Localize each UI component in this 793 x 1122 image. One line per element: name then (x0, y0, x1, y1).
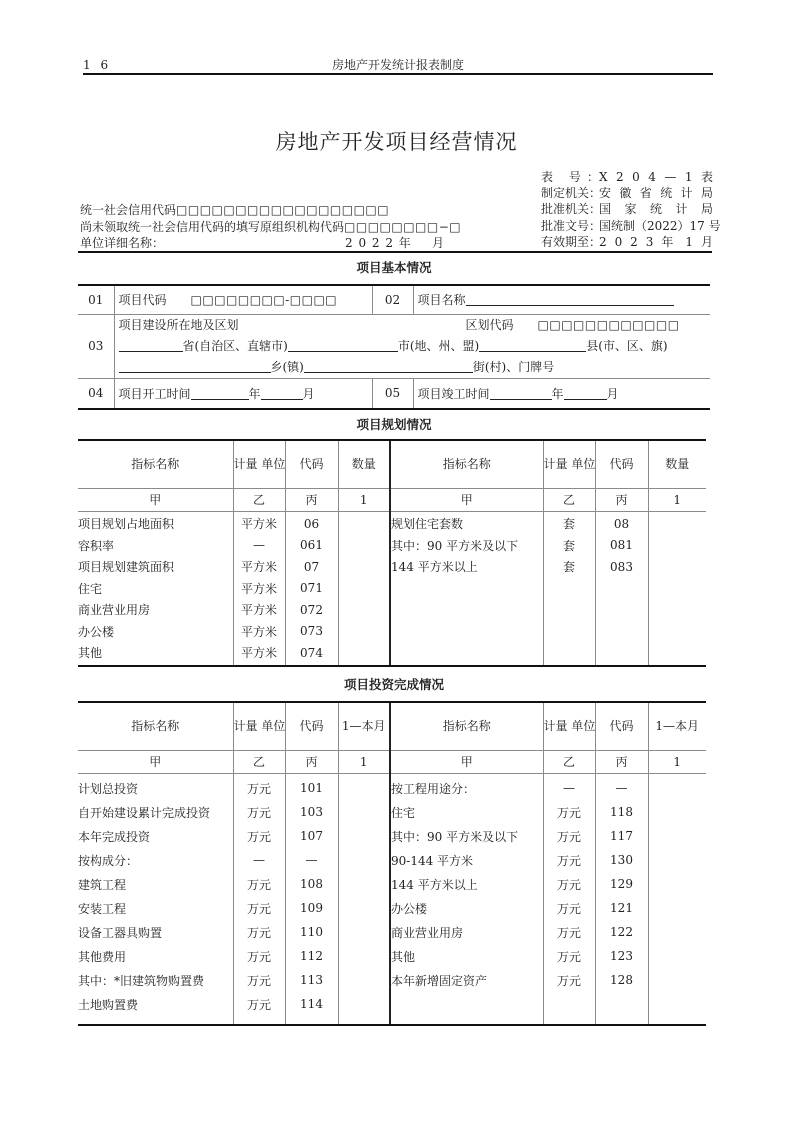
header-code: 代码 (595, 440, 648, 488)
unit-cell: 万元 (233, 800, 285, 824)
indicator-name: 其他费用 (78, 944, 233, 968)
meta-value: 国 家 统 计 局 (599, 201, 713, 217)
value-cell (338, 968, 390, 992)
quantity-cell (338, 578, 390, 600)
meta-label: 批准文号： (541, 218, 599, 234)
empty-cell (648, 621, 706, 643)
code-cell: 117 (595, 824, 648, 848)
table-row: 土地购置费 万元 114 (78, 992, 706, 1016)
empty-cell (648, 992, 706, 1016)
quantity-cell (648, 513, 706, 535)
indicator-name: 设备工器具购置 (78, 920, 233, 944)
indicator-name: 按构成分： (78, 848, 233, 872)
value-cell (648, 800, 706, 824)
region-code-boxes: □□□□□□□□□□□□ (538, 318, 680, 332)
unit-cell: 平方米 (233, 642, 285, 664)
table-row: 其他 平方米 074 (78, 642, 706, 664)
code-cell: 074 (285, 642, 338, 664)
table-row: 其他费用 万元 112 其他 万元 123 (78, 944, 706, 968)
unit-cell: 万元 (543, 800, 595, 824)
credit-code-row: 统一社会信用代码□□□□□□□□□□□□□□□□□□ (80, 202, 530, 219)
value-cell (648, 968, 706, 992)
meta-value: 国统制（2022）17 号 (599, 218, 721, 234)
province-blank (119, 339, 183, 352)
header-unit: 计量 单位 (543, 702, 595, 750)
basic-row-01: 01 项目代码□□□□□□□□-□□□□ 02 项目名称 (78, 285, 710, 314)
meta-approval-number: 批准文号： 国统制（2022）17 号 (541, 218, 713, 234)
document-page: 1 6 房地产开发统计报表制度 房地产开发项目经营情况 表 号： X 2 0 4… (0, 0, 793, 1122)
form-title: 房地产开发项目经营情况 (0, 129, 793, 155)
table-row: 按构成分： — — 90-144 平方米 万元 130 (78, 848, 706, 872)
year-unit: 年 (249, 387, 261, 401)
code-cell: 114 (285, 992, 338, 1016)
column-code: 甲 (78, 750, 233, 773)
column-code: 乙 (543, 488, 595, 511)
header-code: 代码 (595, 702, 648, 750)
org-code-row: 尚未领取统一社会信用代码的填写原组织机构代码□□□□□□□□−□ (80, 219, 530, 236)
code-cell: 08 (595, 513, 648, 535)
project-code-boxes: □□□□□□□□-□□□□ (191, 293, 338, 307)
empty-cell (543, 642, 595, 664)
table-row: 项目规划占地面积 平方米 06 规划住宅套数 套 08 (78, 513, 706, 535)
code-cell: 109 (285, 896, 338, 920)
county-blank (479, 339, 586, 352)
code-cell: 128 (595, 968, 648, 992)
unit-cell: 万元 (233, 920, 285, 944)
indicator-name: 其他 (78, 642, 233, 664)
header-unit: 计量 单位 (233, 440, 285, 488)
meta-label: 表 号： (541, 169, 599, 185)
indicator-name: 商业营业用房 (78, 599, 233, 621)
code-cell: 103 (285, 800, 338, 824)
province-suffix: 省(自治区、直辖市) (183, 339, 288, 353)
column-code: 1 (338, 750, 390, 773)
table-row: 其中：*旧建筑物购置费 万元 113 本年新增固定资产 万元 128 (78, 968, 706, 992)
value-cell (338, 824, 390, 848)
code-cell: 121 (595, 896, 648, 920)
header-code: 代码 (285, 440, 338, 488)
project-code-cell: 项目代码□□□□□□□□-□□□□ (114, 285, 372, 314)
table-header-row: 指标名称 计量 单位 代码 1—本月 指标名称 计量 单位 代码 1—本月 (78, 702, 706, 750)
indicator-name: 自开始建设累计完成投资 (78, 800, 233, 824)
indicator-name: 住宅 (78, 578, 233, 600)
quantity-cell (648, 535, 706, 557)
section-title-basic-info: 项目基本情况 (78, 260, 710, 276)
code-cell: 110 (285, 920, 338, 944)
unit-cell: 平方米 (233, 513, 285, 535)
code-cell: 129 (595, 872, 648, 896)
unit-cell: 万元 (233, 944, 285, 968)
code-cell: 108 (285, 872, 338, 896)
location-label: 项目建设所在地及区划 (119, 318, 239, 332)
completion-month-blank (564, 387, 607, 400)
table-row: 项目规划建筑面积 平方米 07 144 平方米以上 套 083 (78, 556, 706, 578)
empty-cell (390, 621, 543, 643)
street-suffix: 街(村)、门牌号 (473, 360, 554, 374)
code-cell: 06 (285, 513, 338, 535)
unit-cell: — (543, 776, 595, 800)
indicator-name: 商业营业用房 (390, 920, 543, 944)
code-cell: 113 (285, 968, 338, 992)
project-name-blank (466, 293, 674, 306)
completion-time-label: 项目竣工时间 (418, 387, 490, 401)
empty-cell (543, 578, 595, 600)
planning-table: 指标名称 计量 单位 代码 数量 指标名称 计量 单位 代码 数量 甲 乙 丙 … (78, 439, 706, 667)
start-year-blank (191, 387, 249, 400)
empty-cell (648, 642, 706, 664)
code-cell: 122 (595, 920, 648, 944)
meta-issuing-authority: 制定机关： 安 徽 省 统 计 局 (541, 185, 713, 201)
unit-cell: 万元 (233, 872, 285, 896)
header-indicator-name: 指标名称 (78, 440, 233, 488)
quantity-cell (338, 535, 390, 557)
spacer-row (78, 1016, 706, 1025)
code-cell: 101 (285, 776, 338, 800)
unit-cell: 套 (543, 556, 595, 578)
indicator-name: 办公楼 (78, 621, 233, 643)
unit-cell: 万元 (543, 824, 595, 848)
basic-row-03: 03 项目建设所在地及区划 区划代码□□□□□□□□□□□□ 省(自治区、直辖市… (78, 314, 710, 378)
code-cell: — (285, 848, 338, 872)
indicator-name: 安装工程 (78, 896, 233, 920)
meta-value: X 2 0 4 — 1 表 (599, 169, 713, 185)
unit-info: 统一社会信用代码□□□□□□□□□□□□□□□□□□ 尚未领取统一社会信用代码的… (80, 202, 530, 252)
indicator-name: 其中：90 平方米及以下 (390, 824, 543, 848)
empty-cell (595, 992, 648, 1016)
indicator-name: 住宅 (390, 800, 543, 824)
code-cell: 112 (285, 944, 338, 968)
table-header-row: 指标名称 计量 单位 代码 数量 指标名称 计量 单位 代码 数量 (78, 440, 706, 488)
report-year: 2 0 2 2 年 (345, 235, 412, 251)
quantity-cell (338, 642, 390, 664)
indicator-name: 本年完成投资 (78, 824, 233, 848)
start-month-blank (261, 387, 303, 400)
indicator-name: 建筑工程 (78, 872, 233, 896)
meta-label: 批准机关： (541, 201, 599, 217)
indicator-name: 容积率 (78, 535, 233, 557)
column-code-row: 甲 乙 丙 1 甲 乙 丙 1 (78, 488, 706, 511)
indicator-name: 办公楼 (390, 896, 543, 920)
value-cell (338, 896, 390, 920)
code-cell: 061 (285, 535, 338, 557)
quantity-cell (338, 599, 390, 621)
location-line-2: 省(自治区、直辖市)市(地、州、盟)县(市、区、旗) (119, 336, 711, 357)
running-header: 1 6 房地产开发统计报表制度 (83, 57, 713, 73)
indicator-name: 144 平方米以上 (390, 872, 543, 896)
empty-cell (595, 599, 648, 621)
value-cell (648, 896, 706, 920)
empty-cell (648, 578, 706, 600)
unit-cell: 万元 (543, 848, 595, 872)
item-number: 03 (78, 314, 114, 378)
city-suffix: 市(地、州、盟) (398, 339, 479, 353)
column-code: 乙 (543, 750, 595, 773)
header-unit: 计量 单位 (233, 702, 285, 750)
start-time-label: 项目开工时间 (119, 387, 191, 401)
indicator-name: 土地购置费 (78, 992, 233, 1016)
value-cell (338, 776, 390, 800)
header-quantity: 数量 (338, 440, 390, 488)
unit-cell: 平方米 (233, 556, 285, 578)
location-line-3: 乡(镇)街(村)、门牌号 (119, 357, 711, 378)
basic-row-04: 04 项目开工时间年月 05 项目竣工时间年月 (78, 378, 710, 409)
credit-code-label: 统一社会信用代码 (80, 203, 176, 217)
location-line-1: 项目建设所在地及区划 区划代码□□□□□□□□□□□□ (119, 315, 711, 336)
indicator-name: 144 平方米以上 (390, 556, 543, 578)
month-unit: 月 (607, 387, 619, 401)
column-code: 1 (338, 488, 390, 511)
code-cell: 123 (595, 944, 648, 968)
column-code: 乙 (233, 488, 285, 511)
running-title: 房地产开发统计报表制度 (83, 57, 713, 73)
value-cell (648, 776, 706, 800)
project-code-label: 项目代码 (119, 293, 167, 307)
table-row: 安装工程 万元 109 办公楼 万元 121 (78, 896, 706, 920)
empty-cell (543, 992, 595, 1016)
value-cell (338, 944, 390, 968)
quantity-cell (648, 556, 706, 578)
indicator-name: 90-144 平方米 (390, 848, 543, 872)
unit-cell: 万元 (543, 896, 595, 920)
unit-cell: 万元 (233, 824, 285, 848)
item-number: 01 (78, 285, 114, 314)
city-blank (288, 339, 398, 352)
empty-cell (390, 599, 543, 621)
column-code: 甲 (390, 750, 543, 773)
code-cell: 118 (595, 800, 648, 824)
project-name-label: 项目名称 (418, 293, 466, 307)
meta-valid-until: 有效期至： 2 0 2 3 年 1 月 (541, 234, 713, 250)
unit-cell: 套 (543, 535, 595, 557)
report-month: 月 (432, 235, 444, 251)
indicator-name: 项目规划占地面积 (78, 513, 233, 535)
header-quantity: 数量 (648, 440, 706, 488)
value-cell (648, 824, 706, 848)
township-suffix: 乡(镇) (271, 360, 304, 374)
unit-cell: 万元 (543, 968, 595, 992)
value-cell (338, 800, 390, 824)
year-unit: 年 (552, 387, 564, 401)
header-ytd: 1—本月 (338, 702, 390, 750)
section-title-planning: 项目规划情况 (78, 417, 710, 433)
empty-cell (648, 599, 706, 621)
meta-value: 2 0 2 3 年 1 月 (599, 234, 713, 250)
county-suffix: 县(市、区、旗) (586, 339, 667, 353)
column-code: 1 (648, 488, 706, 511)
unit-cell: 平方米 (233, 599, 285, 621)
org-code-boxes: □□□□□□□□−□ (344, 220, 461, 234)
unit-cell: 万元 (233, 968, 285, 992)
street-blank (304, 360, 473, 373)
unit-name-row: 单位详细名称： 2 0 2 2 年 月 (80, 235, 530, 252)
code-cell: 083 (595, 556, 648, 578)
header-unit: 计量 单位 (543, 440, 595, 488)
value-cell (338, 848, 390, 872)
header-indicator-name: 指标名称 (78, 702, 233, 750)
code-cell: 072 (285, 599, 338, 621)
indicator-name: 其中：*旧建筑物购置费 (78, 968, 233, 992)
unit-name-label: 单位详细名称： (80, 236, 164, 250)
completion-time-cell: 项目竣工时间年月 (413, 378, 710, 409)
unit-cell: 平方米 (233, 621, 285, 643)
table-row: 自开始建设累计完成投资 万元 103 住宅 万元 118 (78, 800, 706, 824)
unit-cell: — (233, 848, 285, 872)
empty-cell (390, 642, 543, 664)
code-cell: 07 (285, 556, 338, 578)
unit-cell: 万元 (233, 992, 285, 1016)
empty-cell (595, 621, 648, 643)
unit-cell: 万元 (543, 920, 595, 944)
org-code-label: 尚未领取统一社会信用代码的填写原组织机构代码 (80, 220, 344, 234)
column-code: 甲 (78, 488, 233, 511)
value-cell (648, 920, 706, 944)
table-row: 设备工器具购置 万元 110 商业营业用房 万元 122 (78, 920, 706, 944)
form-meta: 表 号： X 2 0 4 — 1 表 制定机关： 安 徽 省 统 计 局 批准机… (541, 169, 713, 250)
completion-year-blank (490, 387, 552, 400)
code-cell: 130 (595, 848, 648, 872)
location-cell: 项目建设所在地及区划 区划代码□□□□□□□□□□□□ 省(自治区、直辖市)市(… (114, 314, 710, 378)
value-cell (338, 872, 390, 896)
unit-cell: 万元 (233, 776, 285, 800)
table-row: 商业营业用房 平方米 072 (78, 599, 706, 621)
start-time-cell: 项目开工时间年月 (114, 378, 372, 409)
column-code: 1 (648, 750, 706, 773)
credit-code-boxes: □□□□□□□□□□□□□□□□□□ (176, 203, 389, 217)
column-code: 丙 (285, 488, 338, 511)
header-rule (83, 73, 713, 75)
indicator-name: 其他 (390, 944, 543, 968)
indicator-name: 其中：90 平方米及以下 (390, 535, 543, 557)
meta-value: 安 徽 省 统 计 局 (599, 185, 713, 201)
column-code: 丙 (595, 488, 648, 511)
month-unit: 月 (303, 387, 315, 401)
unit-cell: 万元 (233, 896, 285, 920)
header-code: 代码 (285, 702, 338, 750)
spacer-row (78, 664, 706, 667)
indicator-name: 规划住宅套数 (390, 513, 543, 535)
header-ytd: 1—本月 (648, 702, 706, 750)
indicator-name: 本年新增固定资产 (390, 968, 543, 992)
table-row: 本年完成投资 万元 107 其中：90 平方米及以下 万元 117 (78, 824, 706, 848)
column-code: 丙 (285, 750, 338, 773)
value-cell (648, 872, 706, 896)
code-cell: 107 (285, 824, 338, 848)
region-code: 区划代码□□□□□□□□□□□□ (466, 315, 680, 336)
investment-table: 指标名称 计量 单位 代码 1—本月 指标名称 计量 单位 代码 1—本月 甲 … (78, 701, 706, 1026)
meta-approving-authority: 批准机关： 国 家 统 计 局 (541, 201, 713, 217)
table-row: 办公楼 平方米 073 (78, 621, 706, 643)
unit-cell: 套 (543, 513, 595, 535)
table-row: 容积率 — 061 其中：90 平方米及以下 套 081 (78, 535, 706, 557)
unit-cell: 平方米 (233, 578, 285, 600)
empty-cell (543, 621, 595, 643)
empty-cell (595, 578, 648, 600)
empty-cell (390, 992, 543, 1016)
unit-cell: 万元 (543, 944, 595, 968)
column-code-row: 甲 乙 丙 1 甲 乙 丙 1 (78, 750, 706, 773)
item-number: 04 (78, 378, 114, 409)
code-cell: 081 (595, 535, 648, 557)
basic-info-table: 01 项目代码□□□□□□□□-□□□□ 02 项目名称 03 项目建设所在地及… (78, 284, 710, 410)
value-cell (338, 920, 390, 944)
section-title-investment: 项目投资完成情况 (78, 677, 710, 693)
column-code: 乙 (233, 750, 285, 773)
quantity-cell (338, 621, 390, 643)
item-number: 05 (372, 378, 413, 409)
value-cell (648, 944, 706, 968)
quantity-cell (338, 556, 390, 578)
table-row: 计划总投资 万元 101 按工程用途分： — — (78, 776, 706, 800)
indicator-name: 项目规划建筑面积 (78, 556, 233, 578)
code-cell: — (595, 776, 648, 800)
region-code-label: 区划代码 (466, 318, 514, 332)
value-cell (338, 992, 390, 1016)
column-code: 甲 (390, 488, 543, 511)
column-code: 丙 (595, 750, 648, 773)
item-number: 02 (372, 285, 413, 314)
header-indicator-name: 指标名称 (390, 440, 543, 488)
unit-cell: — (233, 535, 285, 557)
value-cell (648, 848, 706, 872)
township-blank (119, 360, 271, 373)
empty-cell (390, 578, 543, 600)
table-row: 建筑工程 万元 108 144 平方米以上 万元 129 (78, 872, 706, 896)
header-indicator-name: 指标名称 (390, 702, 543, 750)
code-cell: 073 (285, 621, 338, 643)
section-rule (78, 251, 712, 253)
unit-cell: 万元 (543, 872, 595, 896)
code-cell: 071 (285, 578, 338, 600)
meta-label: 制定机关： (541, 185, 599, 201)
empty-cell (595, 642, 648, 664)
quantity-cell (338, 513, 390, 535)
table-row: 住宅 平方米 071 (78, 578, 706, 600)
project-name-cell: 项目名称 (413, 285, 710, 314)
empty-cell (543, 599, 595, 621)
meta-label: 有效期至： (541, 234, 599, 250)
meta-form-number: 表 号： X 2 0 4 — 1 表 (541, 169, 713, 185)
indicator-name: 按工程用途分： (390, 776, 543, 800)
indicator-name: 计划总投资 (78, 776, 233, 800)
